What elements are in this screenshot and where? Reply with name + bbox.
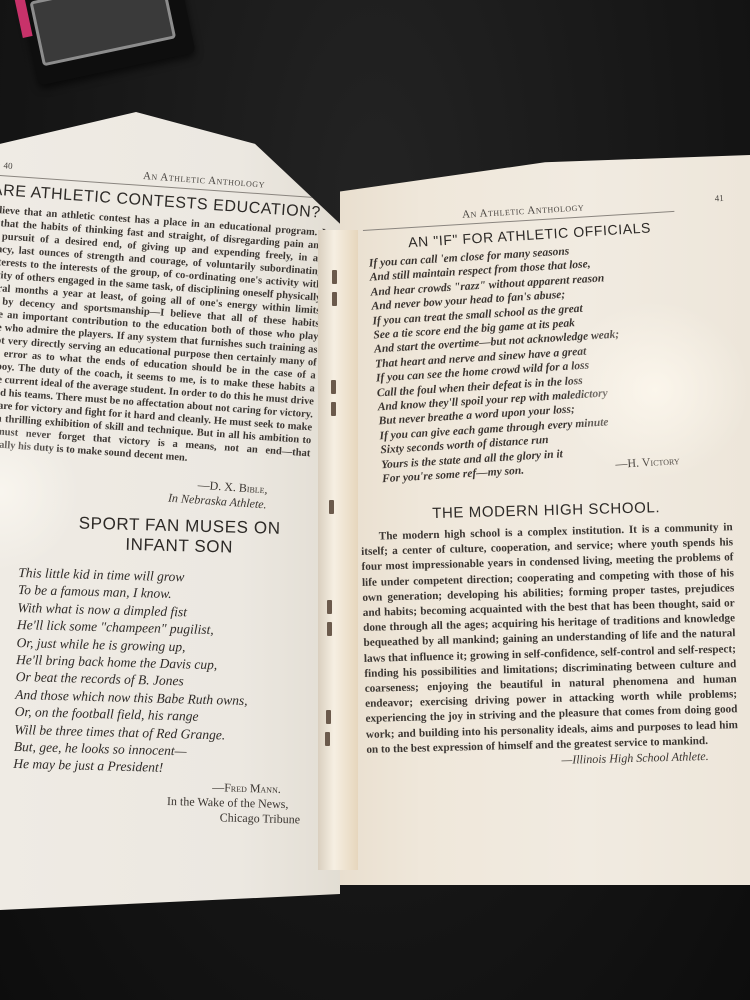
essay-title: THE MODERN HIGH SCHOOL. [360,497,732,524]
source-line: In the Wake of the News, [167,794,289,811]
binding-staple [329,500,334,514]
device-screen [29,0,176,66]
poem-body: If you can call 'em close for many seaso… [369,234,750,487]
page-number: 41 [714,193,724,206]
right-page: An Athletic Anthology 41 AN "IF" FOR ATH… [340,155,750,885]
poem-section: SPORT FAN MUSES ON INFANT SON This littl… [12,512,310,827]
left-page-content: 40 An Athletic Anthology ARE ATHLETIC CO… [0,160,329,515]
left-page: 40 An Athletic Anthology ARE ATHLETIC CO… [0,112,340,910]
binding-staple [326,710,331,724]
poem-body: This little kid in time will growTo be a… [13,564,308,780]
binding-staple [327,600,332,614]
page-number: 40 [3,160,13,173]
book-spine-gutter [318,230,358,870]
binding-staple [327,622,332,636]
article-body: I believe that an athletic contest has a… [0,202,326,474]
running-head: An Athletic Anthology [143,170,266,190]
binding-staple [332,270,337,284]
right-page-content: An Athletic Anthology 41 AN "IF" FOR ATH… [362,192,750,486]
essay-body: The modern high school is a complex inst… [361,520,739,758]
essay-section: THE MODERN HIGH SCHOOL. The modern high … [360,497,739,773]
binding-staple [325,732,330,746]
binding-staple [332,292,337,306]
binding-staple [331,402,336,416]
binding-staple [331,380,336,394]
